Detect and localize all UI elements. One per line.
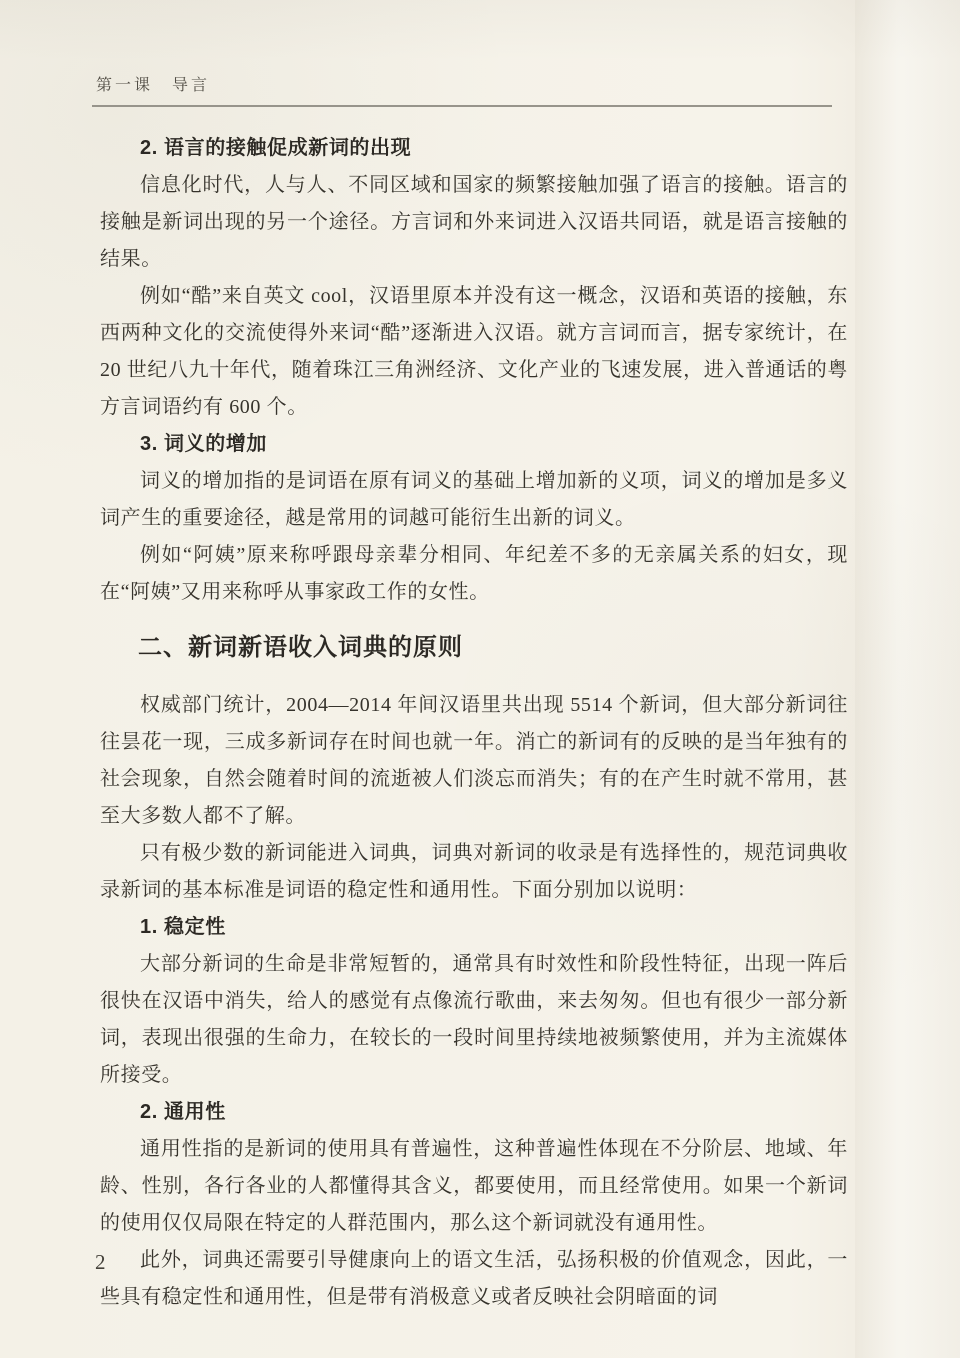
paragraph: 信息化时代，人与人、不同区域和国家的频繁接触加强了语言的接触。语言的接触是新词出… (100, 167, 848, 278)
paragraph: 只有极少数的新词能进入词典，词典对新词的收录是有选择性的，规范词典收录新词的基本… (100, 835, 848, 909)
header-rule (92, 105, 832, 107)
paragraph: 例如“阿姨”原来称呼跟母亲辈分相同、年纪差不多的无亲属关系的妇女，现在“阿姨”又… (100, 537, 848, 611)
page-number: 2 (95, 1250, 106, 1275)
paragraph: 大部分新词的生命是非常短暂的，通常具有时效性和阶段性特征，出现一阵后很快在汉语中… (100, 946, 848, 1094)
paragraph: 权威部门统计，2004—2014 年间汉语里共出现 5514 个新词，但大部分新… (100, 687, 848, 835)
sub-heading: 3. 词义的增加 (100, 426, 848, 463)
scan-shade-top (0, 0, 960, 60)
scan-shade-right (855, 0, 960, 1358)
sub-heading: 2. 通用性 (100, 1094, 848, 1131)
sub-heading: 1. 稳定性 (100, 909, 848, 946)
page-body: 2. 语言的接触促成新词的出现 信息化时代，人与人、不同区域和国家的频繁接触加强… (100, 130, 848, 1316)
paragraph: 词义的增加指的是词语在原有词义的基础上增加新的义项，词义的增加是多义词产生的重要… (100, 463, 848, 537)
paragraph: 此外，词典还需要引导健康向上的语文生活，弘扬积极的价值观念，因此，一些具有稳定性… (100, 1242, 848, 1316)
paragraph: 通用性指的是新词的使用具有普遍性，这种普遍性体现在不分阶层、地域、年龄、性别，各… (100, 1131, 848, 1242)
scanned-book-page: 第一课 导言 2. 语言的接触促成新词的出现 信息化时代，人与人、不同区域和国家… (0, 0, 960, 1358)
paragraph: 例如“酷”来自英文 cool，汉语里原本并没有这一概念，汉语和英语的接触，东西两… (100, 278, 848, 426)
running-header: 第一课 导言 (96, 72, 210, 95)
sub-heading: 2. 语言的接触促成新词的出现 (100, 130, 848, 167)
section-heading: 二、新词新语收入词典的原则 (100, 628, 848, 668)
